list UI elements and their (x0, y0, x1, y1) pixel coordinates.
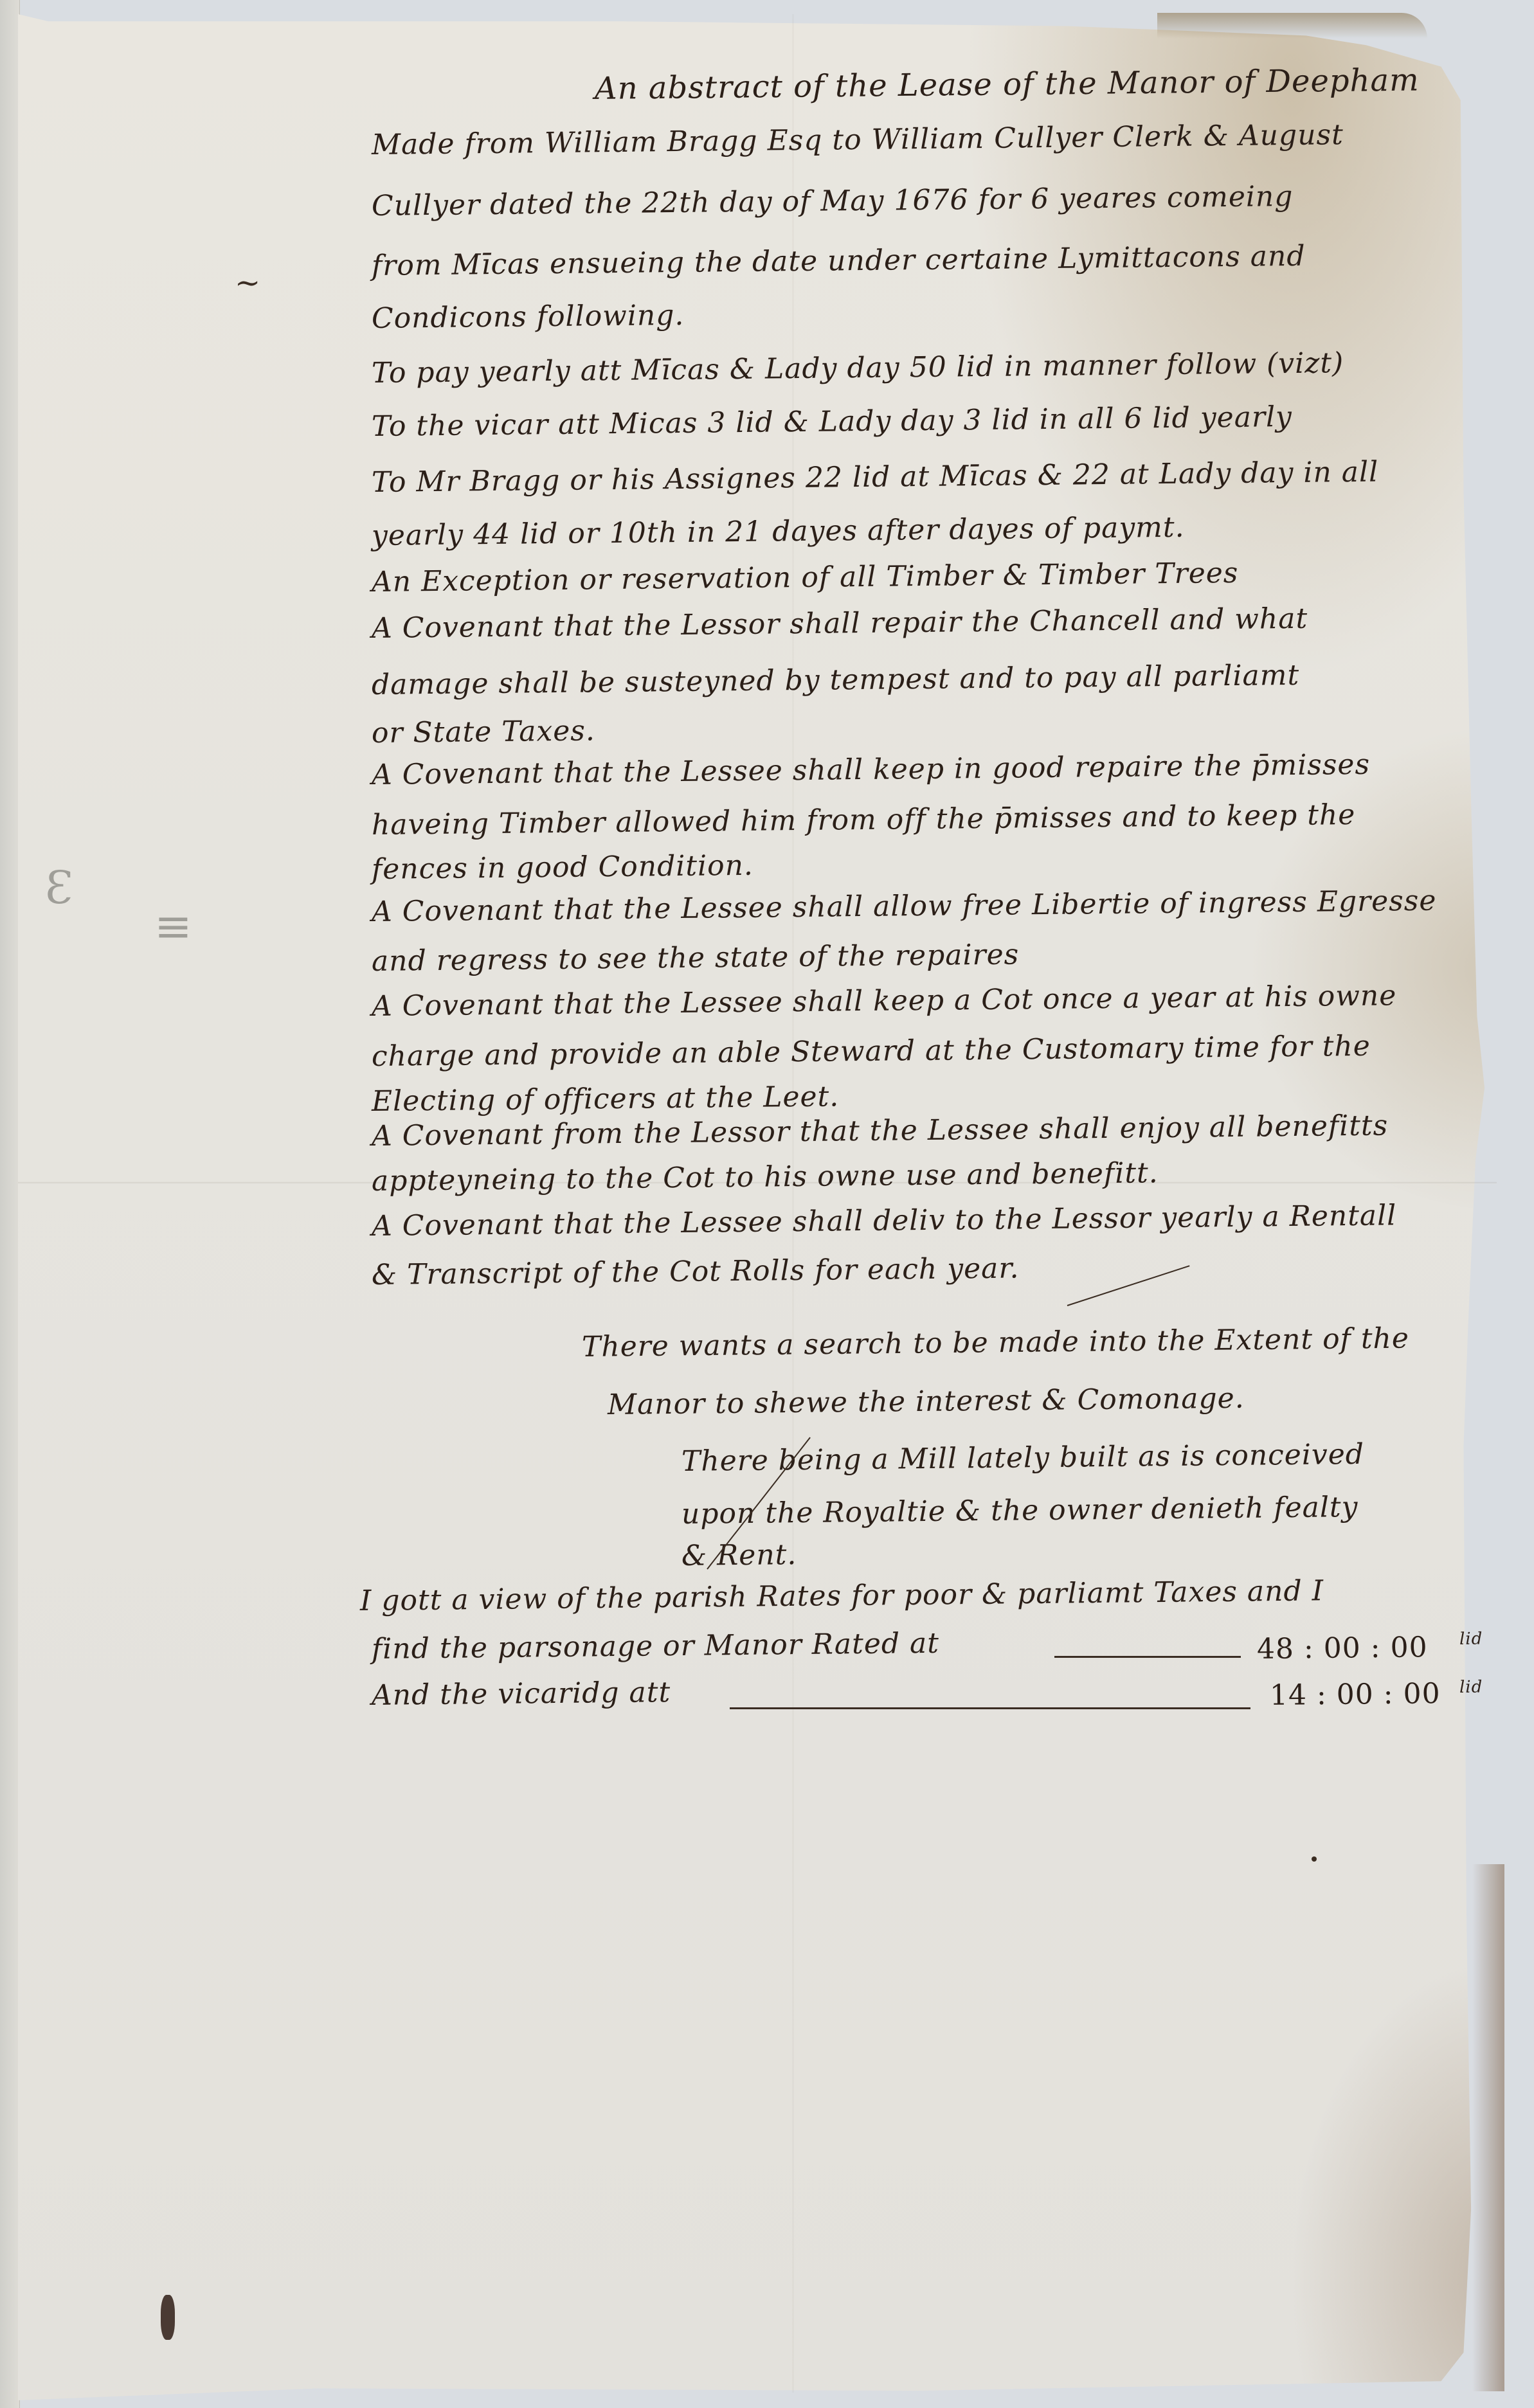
parsonage-rate-label: find the parsonage or Manor Rated at (372, 1627, 939, 1666)
note-line-2: Manor to shewe the interest & Comonage. (608, 1382, 1245, 1421)
ink-offset-mark-2: ≡ (154, 900, 192, 953)
adjoining-leaf (0, 0, 20, 2408)
vicarage-rate-unit: lid (1459, 1678, 1483, 1697)
line-20: Electing of officers at the Leet. (372, 1080, 840, 1118)
parsonage-rate-unit: lid (1459, 1630, 1483, 1649)
ink-offset-mark-1: Ɛ (45, 861, 73, 914)
line-15: fences in good Condition. (372, 849, 753, 886)
vicarage-rate-value: 14 : 00 : 00 (1270, 1677, 1441, 1712)
parsonage-rate-value: 48 : 00 : 00 (1257, 1631, 1428, 1666)
line-17: and regress to see the state of the repa… (372, 938, 1020, 978)
line-24: & Transcript of the Cot Rolls for each y… (372, 1252, 1020, 1291)
ink-dot (1312, 1856, 1317, 1862)
leader-line-2 (730, 1707, 1250, 1709)
vicarage-rate-label: And the vicaridg att (372, 1676, 671, 1712)
line-4: Condicons following. (372, 299, 685, 335)
paper-hole (161, 2295, 175, 2340)
leader-line-1 (1054, 1656, 1241, 1658)
edge-stain-top (1157, 13, 1427, 39)
margin-mark: ~ (235, 265, 260, 301)
note-line-5: & Rent. (681, 1538, 797, 1572)
line-12: or State Taxes. (372, 714, 595, 750)
edge-stain-right (1472, 1864, 1504, 2391)
